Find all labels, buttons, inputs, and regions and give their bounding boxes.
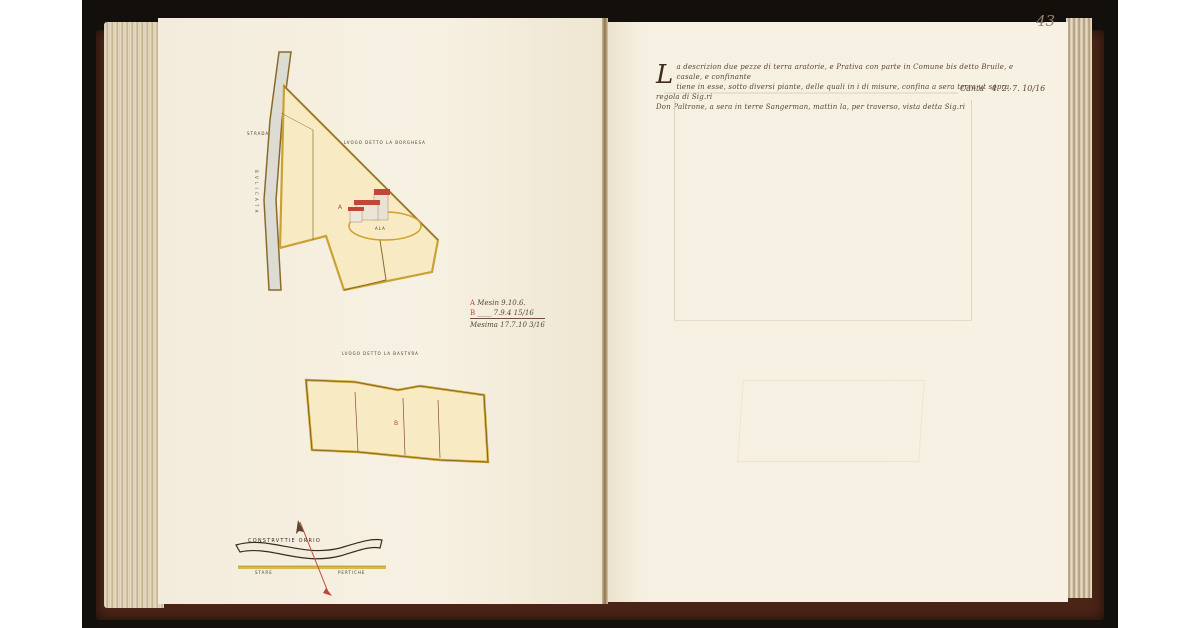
calc-line-a: A Mesin 9.10.6. <box>470 298 545 308</box>
scale-label-left: STARE <box>255 570 273 575</box>
blank-map-frame <box>674 100 972 321</box>
scale-label-right: PERTICHE <box>338 570 365 575</box>
amount-label: Canta <box>960 84 984 93</box>
parcel-a-shape <box>280 86 438 290</box>
faint-show-through <box>737 380 925 462</box>
river-label: B V L I C A T A <box>254 170 259 214</box>
locality-label-bastura: LVOGO DETTO LA BASTVRA <box>342 351 419 356</box>
scale-banner-text: CONSTRVTTIE ORRIO <box>248 538 321 544</box>
parcel-b-letter: B <box>394 420 399 427</box>
amount-value: 4. 2. 7. 10/16 <box>992 84 1046 93</box>
calc-total: Mesima 17.7.10 3/16 <box>470 318 545 330</box>
locality-label-borghesa: LVOGO DETTO LA BORGHESA <box>344 140 426 145</box>
entry-line-1: a descrizion due pezze di terra aratorie… <box>656 62 1036 82</box>
area-calculation: A Mesin 9.10.6. B ____ 7.9.4 15/16 Mesim… <box>470 298 545 330</box>
decorated-initial: L <box>656 62 673 88</box>
calc-line-b: B ____ 7.9.4 15/16 <box>470 308 545 318</box>
road-label: STRADA <box>247 131 269 136</box>
parcel-a-letter: A <box>338 204 343 211</box>
house-label: ALA <box>375 226 386 231</box>
entry-amount: Canta 4. 2. 7. 10/16 <box>960 84 1045 93</box>
